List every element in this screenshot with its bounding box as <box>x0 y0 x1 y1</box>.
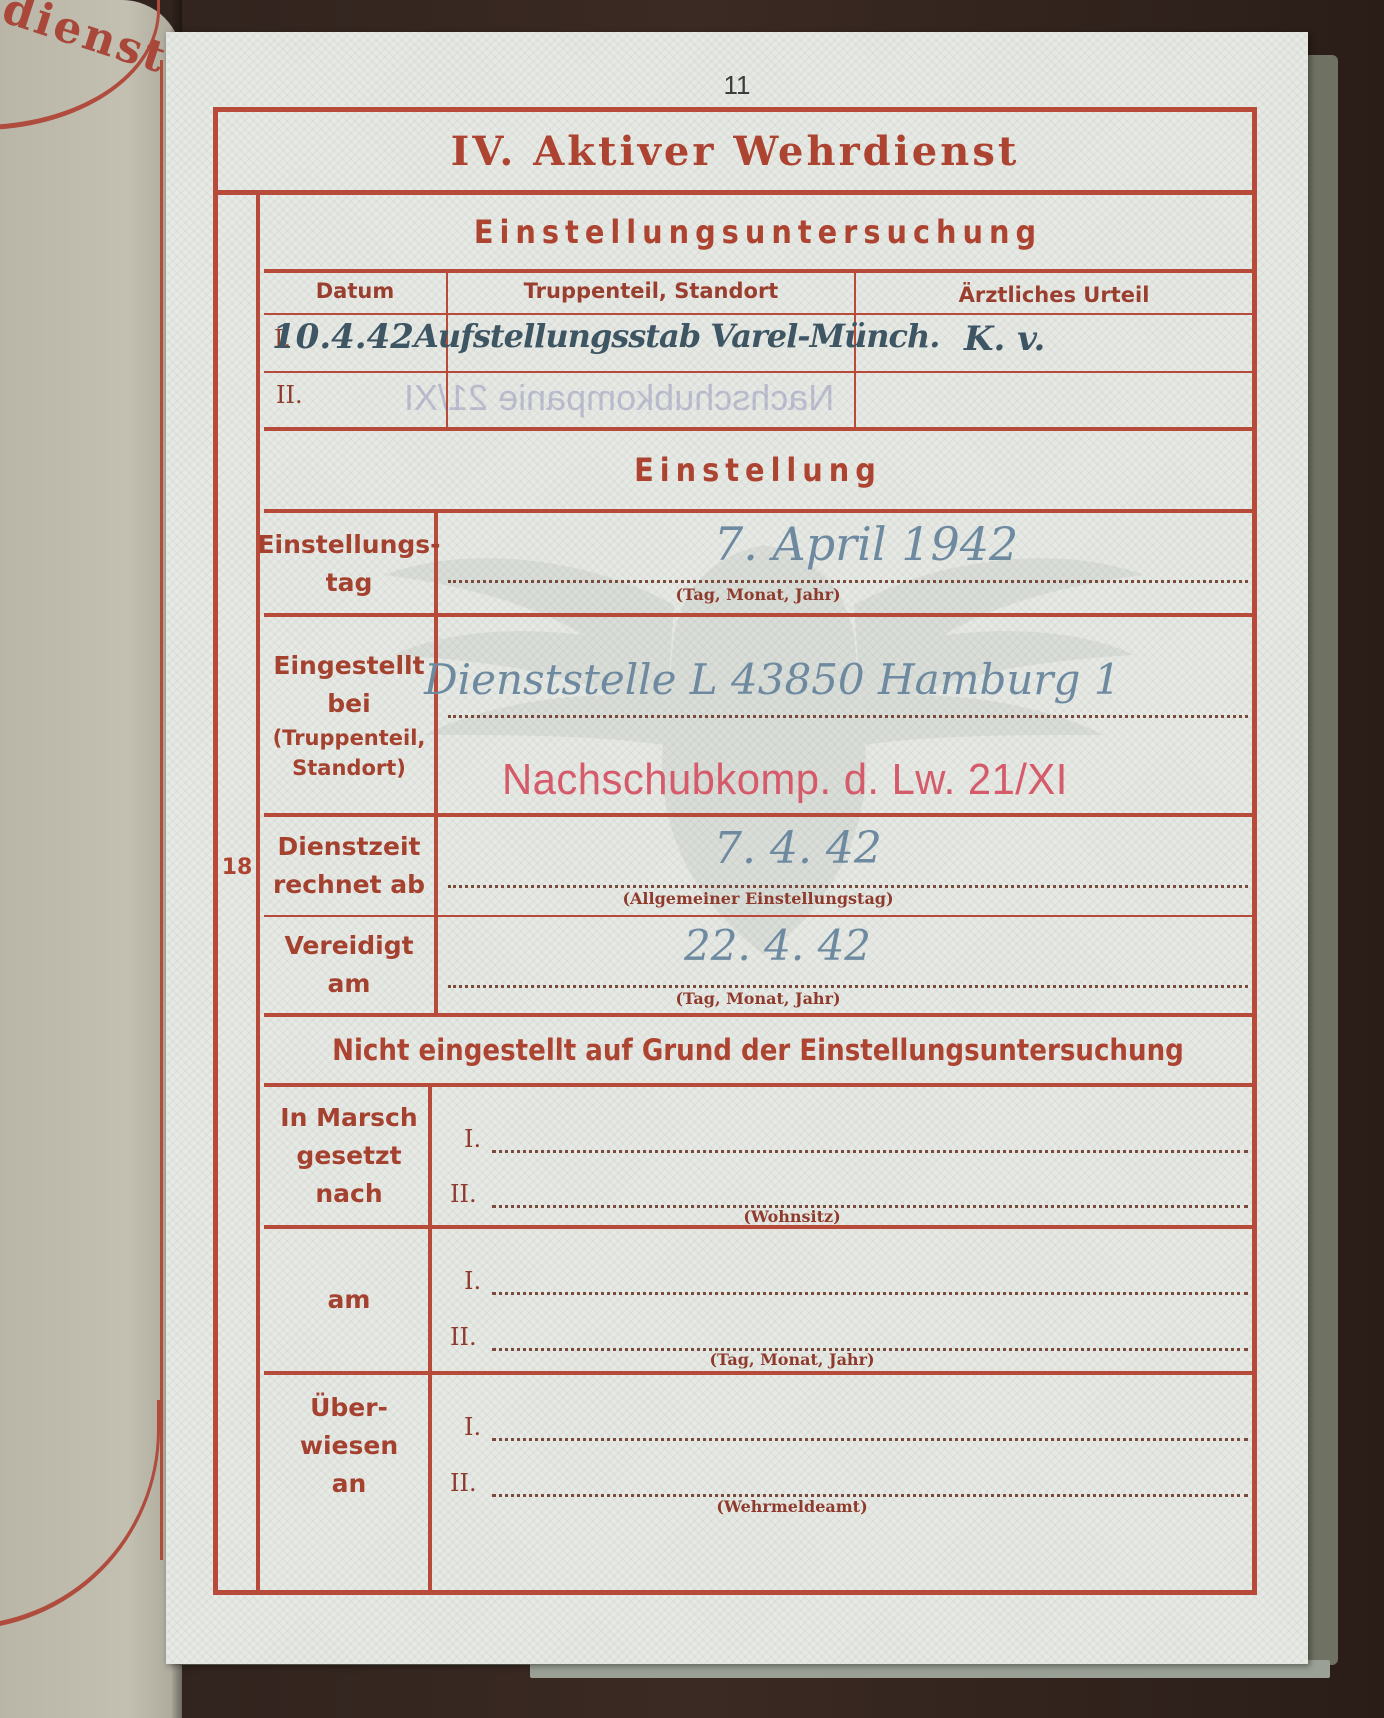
divider <box>264 313 1252 315</box>
side-column: 18 <box>218 195 260 1595</box>
label-text: tag <box>326 564 373 602</box>
einstellungstag-line[interactable] <box>448 580 1248 583</box>
line-marker-1: I. <box>464 1125 481 1153</box>
row-marker-2: II. <box>276 381 303 409</box>
exam-unit-1[interactable]: Aufstellungsstab Varel-Münch. <box>414 317 939 355</box>
label-text: gesetzt <box>296 1137 401 1175</box>
column-header-urteil: Ärztliches Urteil <box>856 283 1252 307</box>
label-text: Einstellungs- <box>257 526 440 564</box>
dienstzeit-line[interactable] <box>448 885 1248 888</box>
column-header-truppenteil: Truppenteil, Standort <box>448 279 854 303</box>
label-text: rechnet ab <box>273 866 425 904</box>
form-title-row: IV. Aktiver Wehrdienst <box>218 112 1252 195</box>
hint-tag-monat-jahr: (Tag, Monat, Jahr) <box>492 1350 1092 1369</box>
divider <box>264 269 1252 273</box>
section-number: 18 <box>218 855 256 880</box>
label-am: am <box>264 1229 434 1371</box>
einstellungstag-value[interactable]: 7. April 1942 <box>714 517 1018 571</box>
label-text: (Truppenteil, <box>273 723 426 753</box>
hint-tag-monat-jahr: (Tag, Monat, Jahr) <box>448 989 1068 1008</box>
label-text: wiesen <box>300 1427 398 1465</box>
dienstzeit-value[interactable]: 7. 4. 42 <box>714 823 882 874</box>
photo-scene: dienst 11 IV. Aktiver Wehrdienst 18 <box>0 0 1384 1718</box>
document-page: 11 IV. Aktiver Wehrdienst 18 Einste <box>166 32 1308 1664</box>
eingestellt-bei-value[interactable]: Dienststelle L 43850 Hamburg 1 <box>424 655 1120 704</box>
form-frame: IV. Aktiver Wehrdienst 18 Einstellungsun… <box>213 107 1257 1595</box>
facing-page: dienst <box>0 0 182 1718</box>
label-text: Eingestellt <box>273 647 424 685</box>
facing-page-border-bottom <box>0 1400 160 1630</box>
line-marker-1: I. <box>464 1413 481 1441</box>
column-header-datum: Datum <box>264 279 446 303</box>
label-text: nach <box>315 1175 382 1213</box>
label-column-divider <box>434 513 438 1013</box>
label-eingestellt-bei: Eingestellt bei (Truppenteil, Standort) <box>264 617 434 813</box>
exam-verdict-1[interactable]: K. v. <box>964 319 1045 359</box>
hint-allgemeiner-einstellungstag: (Allgemeiner Einstellungstag) <box>448 889 1068 908</box>
section-heading-einstellungsuntersuchung: Einstellungsuntersuchung <box>264 195 1252 269</box>
label-ueberwiesen: Über- wiesen an <box>264 1375 434 1517</box>
offset-stamp-mirrored: Nachschubkompanie 21/XI <box>404 377 834 419</box>
form-body: Einstellungsuntersuchung Datum Truppente… <box>264 195 1252 1595</box>
label-text: In Marsch <box>280 1099 417 1137</box>
facing-page-rule <box>160 60 163 1560</box>
eingestellt-bei-line[interactable] <box>448 715 1248 718</box>
hint-tag-monat-jahr: (Tag, Monat, Jahr) <box>448 585 1068 604</box>
line-marker-1: I. <box>464 1267 481 1295</box>
line-marker-2: II. <box>450 1469 477 1497</box>
divider <box>264 371 1252 373</box>
line-marker-2: II. <box>450 1323 477 1351</box>
hint-wohnsitz: (Wohnsitz) <box>492 1207 1092 1226</box>
label-text: Standort) <box>292 753 406 783</box>
unit-stamp: Nachschubkomp. d. Lw. 21/XI <box>502 755 1068 805</box>
section-heading-einstellung: Einstellung <box>264 431 1252 509</box>
line-marker-2: II. <box>450 1180 477 1208</box>
label-text: Über- <box>310 1389 388 1427</box>
section-heading-nicht-eingestellt: Nicht eingestellt auf Grund der Einstell… <box>264 1017 1252 1083</box>
label-text: an <box>332 1465 367 1503</box>
exam-date-1[interactable]: 10.4.42 <box>272 317 414 357</box>
in-marsch-line-1[interactable] <box>492 1150 1248 1153</box>
label-text: am <box>328 1281 371 1319</box>
label-vereidigt: Vereidigt am <box>264 917 434 1013</box>
vereidigt-value[interactable]: 22. 4. 42 <box>684 921 871 970</box>
am-line-1[interactable] <box>492 1292 1248 1295</box>
label-einstellungstag: Einstellungs- tag <box>264 513 434 615</box>
label-text: Dienstzeit <box>278 828 421 866</box>
label-dienstzeit: Dienstzeit rechnet ab <box>264 817 434 915</box>
page-number: 11 <box>166 70 1308 101</box>
ueberwiesen-line-1[interactable] <box>492 1438 1248 1441</box>
label-text: bei <box>327 685 370 723</box>
label-text: Vereidigt <box>284 927 413 965</box>
hint-wehrmeldeamt: (Wehrmeldeamt) <box>492 1497 1092 1516</box>
form-title: IV. Aktiver Wehrdienst <box>451 128 1020 175</box>
label-text: am <box>328 965 371 1003</box>
label-in-marsch: In Marsch gesetzt nach <box>264 1087 434 1225</box>
vereidigt-line[interactable] <box>448 985 1248 988</box>
